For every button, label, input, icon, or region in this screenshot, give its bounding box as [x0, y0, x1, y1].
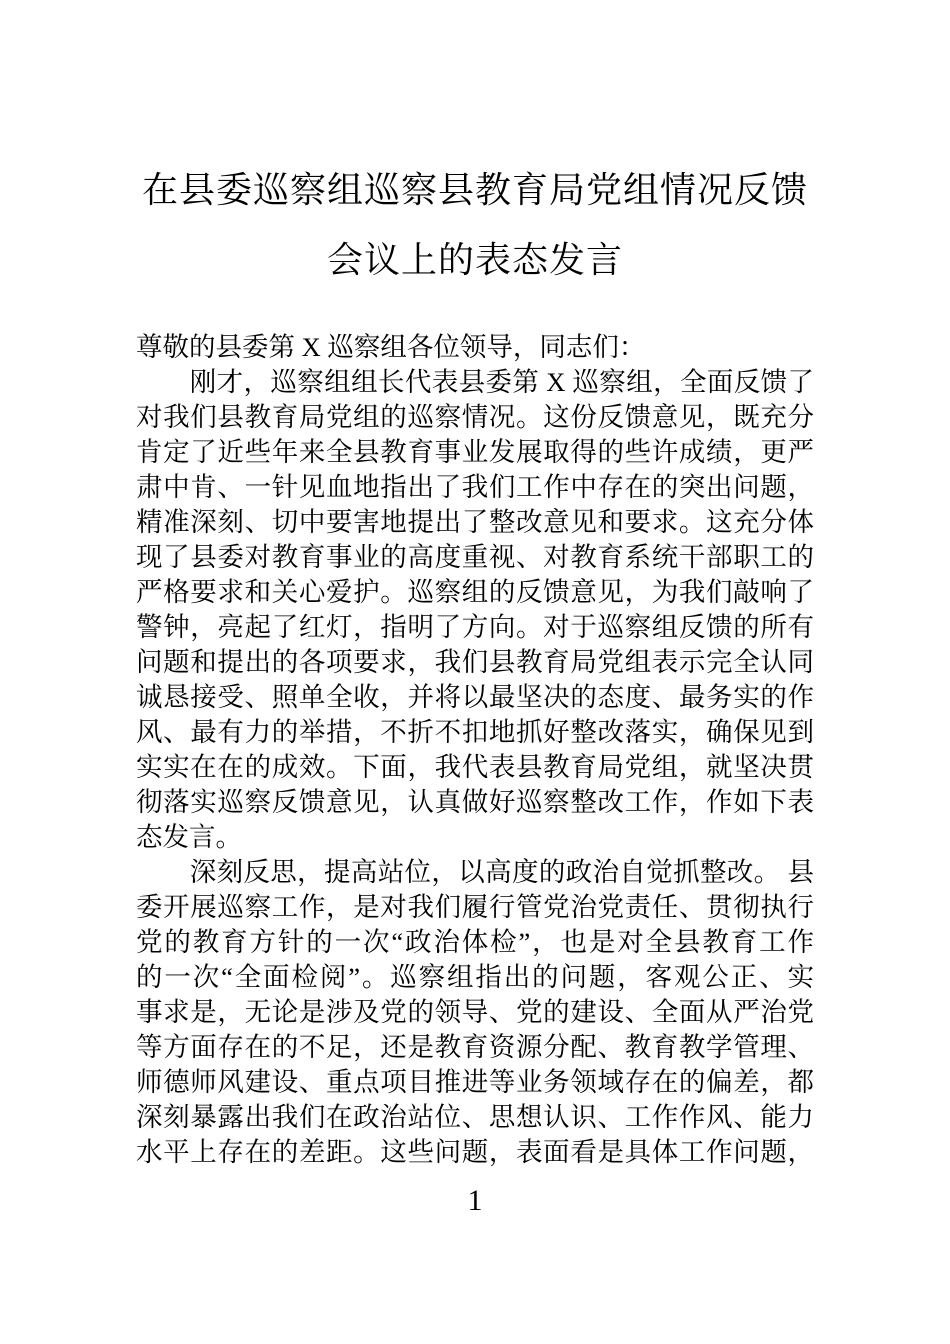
text-line: 委开展巡察工作，是对我们履行管党治党责任、贯彻执行 — [136, 890, 814, 925]
paragraph-2: 深刻反思，提高站位，以高度的政治自觉抓整改。 县委开展巡察工作，是对我们履行管党… — [136, 855, 814, 1170]
document-page: 在县委巡察组巡察县教育局党组情况反馈 会议上的表态发言 尊敬的县委第 X 巡察组… — [0, 0, 950, 1344]
text-line: 尊敬的县委第 X 巡察组各位领导，同志们： — [136, 330, 814, 365]
text-line: 彻落实巡察反馈意见，认真做好巡察整改工作，作如下表 — [136, 785, 814, 820]
text-line: 态发言。 — [136, 820, 814, 855]
text-line: 刚才，巡察组组长代表县委第 X 巡察组，全面反馈了 — [136, 365, 814, 400]
text-line: 肃中肯、一针见血地指出了我们工作中存在的突出问题， — [136, 470, 814, 505]
document-title: 在县委巡察组巡察县教育局党组情况反馈 会议上的表态发言 — [136, 155, 814, 295]
text-line: 肯定了近些年来全县教育事业发展取得的些许成绩，更严 — [136, 435, 814, 470]
text-line: 精准深刻、切中要害地提出了整改意见和要求。这充分体 — [136, 505, 814, 540]
text-line: 对我们县教育局党组的巡察情况。这份反馈意见，既充分 — [136, 400, 814, 435]
text-line: 问题和提出的各项要求，我们县教育局党组表示完全认同 — [136, 645, 814, 680]
text-line: 党的教育方针的一次“政治体检”，也是对全县教育工作 — [136, 925, 814, 960]
title-line-1: 在县委巡察组巡察县教育局党组情况反馈 — [136, 155, 814, 225]
text-line: 风、最有力的举措，不折不扣地抓好整改落实，确保见到 — [136, 715, 814, 750]
text-line: 警钟，亮起了红灯，指明了方向。对于巡察组反馈的所有 — [136, 610, 814, 645]
text-line: 诚恳接受、照单全收，并将以最坚决的态度、最务实的作 — [136, 680, 814, 715]
text-line: 水平上存在的差距。这些问题，表面看是具体工作问题， — [136, 1135, 814, 1170]
document-body: 尊敬的县委第 X 巡察组各位领导，同志们： 刚才，巡察组组长代表县委第 X 巡察… — [136, 330, 814, 1170]
paragraph-1: 刚才，巡察组组长代表县委第 X 巡察组，全面反馈了对我们县教育局党组的巡察情况。… — [136, 365, 814, 855]
text-line: 深刻反思，提高站位，以高度的政治自觉抓整改。 县 — [136, 855, 814, 890]
text-line: 严格要求和关心爱护。巡察组的反馈意见，为我们敲响了 — [136, 575, 814, 610]
page-number: 1 — [0, 1183, 950, 1218]
text-line: 现了县委对教育事业的高度重视、对教育系统干部职工的 — [136, 540, 814, 575]
text-line: 事求是，无论是涉及党的领导、党的建设、全面从严治党 — [136, 995, 814, 1030]
salutation: 尊敬的县委第 X 巡察组各位领导，同志们： — [136, 330, 814, 365]
text-line: 的一次“全面检阅”。巡察组指出的问题，客观公正、实 — [136, 960, 814, 995]
title-line-2: 会议上的表态发言 — [136, 225, 814, 295]
text-line: 实实在在的成效。下面，我代表县教育局党组，就坚决贯 — [136, 750, 814, 785]
text-line: 等方面存在的不足，还是教育资源分配、教育教学管理、 — [136, 1030, 814, 1065]
text-line: 师德师风建设、重点项目推进等业务领域存在的偏差，都 — [136, 1065, 814, 1100]
text-line: 深刻暴露出我们在政治站位、思想认识、工作作风、能力 — [136, 1100, 814, 1135]
